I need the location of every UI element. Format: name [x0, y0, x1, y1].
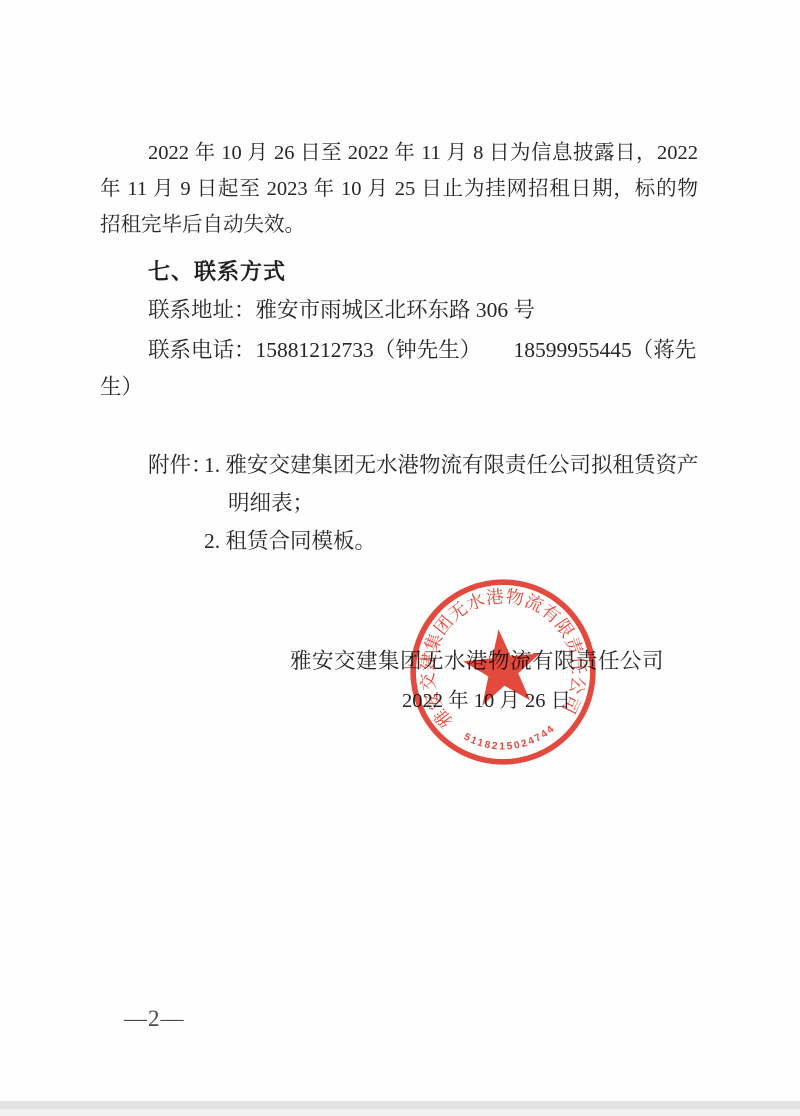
- page-number: —2—: [124, 1006, 185, 1032]
- contact-section-heading: 七、联系方式: [148, 255, 286, 286]
- attachments-label: 附件：: [148, 452, 213, 480]
- scan-edge-strip-light: [0, 1109, 800, 1116]
- contact-phone-wrap-line: 生）: [100, 374, 143, 402]
- document-page: 2022 年 10 月 26 日至 2022 年 11 月 8 日为信息披露日，…: [0, 0, 800, 1116]
- scan-edge-strip-dark: [0, 1101, 800, 1109]
- attachment-item-1-line-1: 1. 雅安交建集团无水港物流有限责任公司拟租赁资产: [204, 452, 699, 480]
- attachment-item-2: 2. 租赁合同模板。: [204, 528, 376, 556]
- intro-paragraph-line-3: 招租完毕后自动失效。: [100, 212, 698, 239]
- intro-paragraph-line-2: 年 11 月 9 日起至 2023 年 10 月 25 日止为挂网招租日期，标的…: [100, 176, 698, 203]
- contact-address-line: 联系地址：雅安市雨城区北环东路 306 号: [148, 297, 535, 325]
- attachment-item-1-line-2: 明细表；: [228, 490, 314, 518]
- company-seal-graphic: 雅安交建集团无水港物流有限责任公司 5118215024744: [406, 575, 600, 769]
- contact-phone-line: 联系电话：15881212733（钟先生） 18599955445（蒋先: [148, 337, 696, 365]
- company-seal: 雅安交建集团无水港物流有限责任公司 5118215024744: [406, 575, 600, 769]
- seal-star-icon: [460, 625, 545, 707]
- intro-paragraph-line-1: 2022 年 10 月 26 日至 2022 年 11 月 8 日为信息披露日，…: [100, 140, 698, 167]
